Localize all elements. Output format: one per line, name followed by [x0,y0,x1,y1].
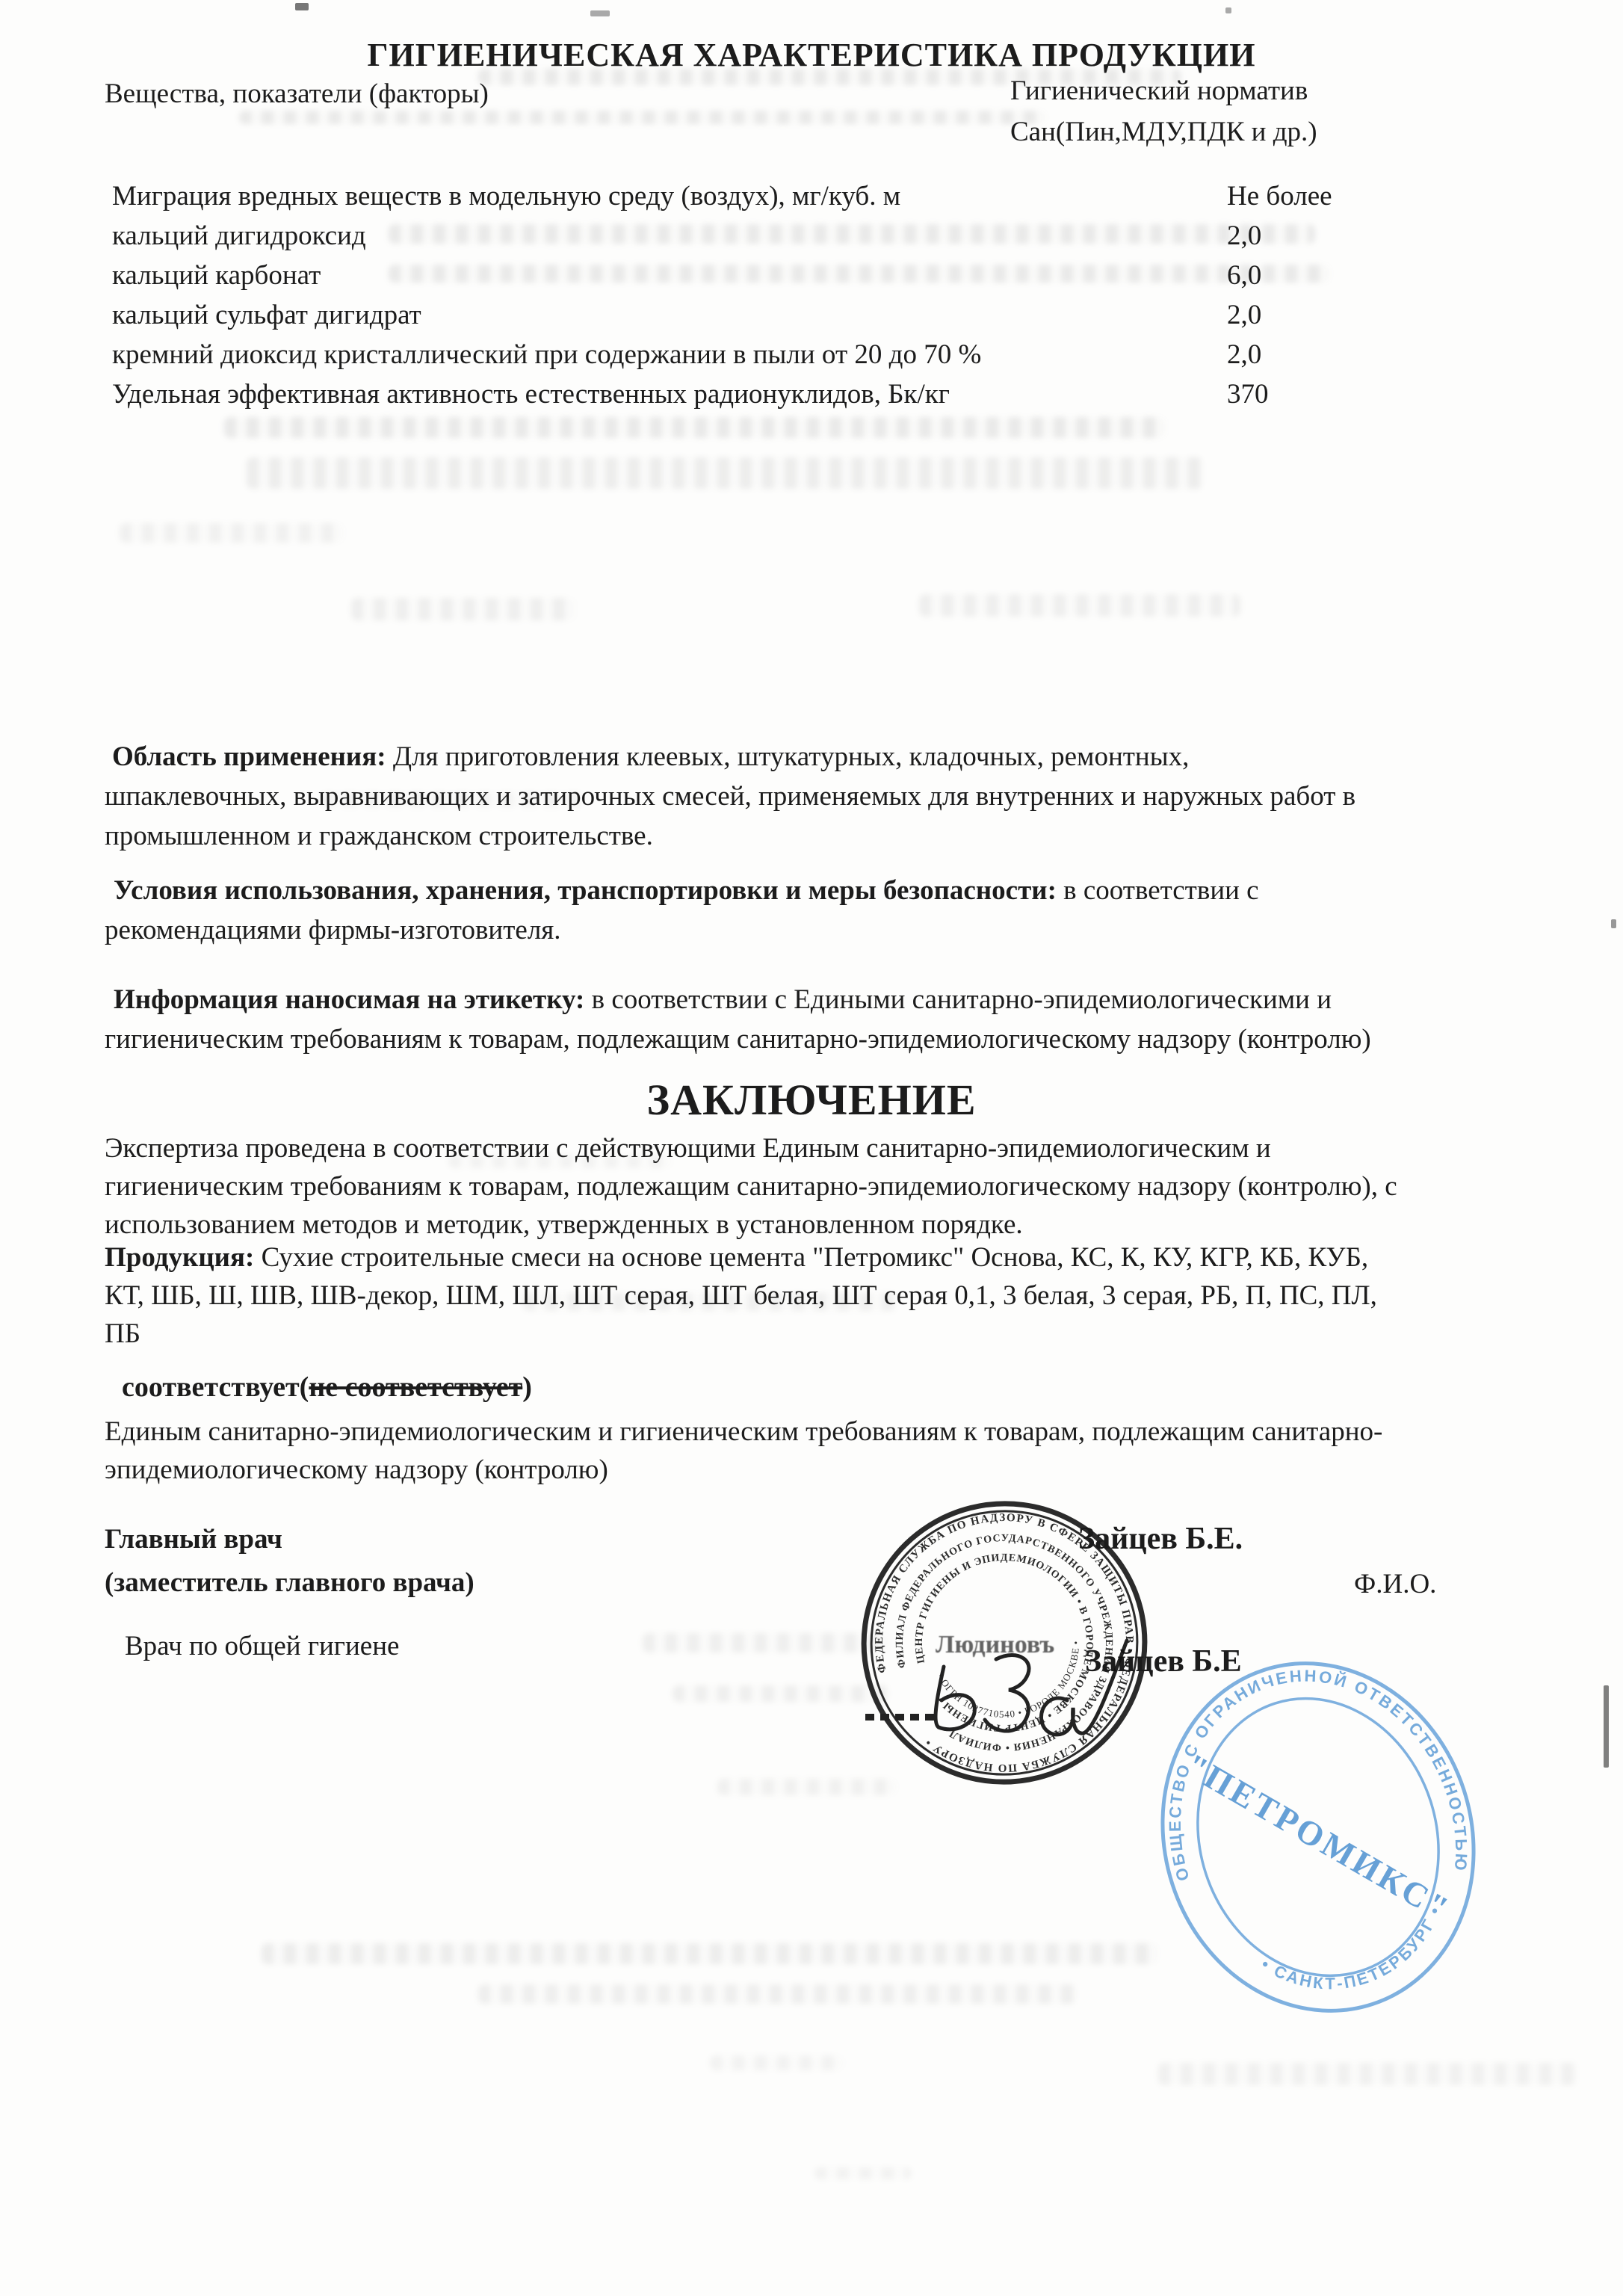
bleed-smudge [673,1685,889,1702]
bleed-smudge [389,224,1315,244]
section-application-line2: шпаклевочных, выравнивающих и затирочных… [105,782,1355,812]
bleed-smudge [919,594,1240,617]
table-cell-substance: кремний диоксид кристаллический при соде… [112,340,981,371]
struck-not-conforms: не соответствует [309,1371,522,1403]
table-cell-norm: 2,0 [1227,300,1261,331]
table-cell-substance: Удельная эффективная активность естестве… [112,380,950,410]
scanned-document-page: ГИГИЕНИЧЕСКАЯ ХАРАКТЕРИСТИКА ПРОДУКЦИИ В… [0,0,1623,2296]
section-application-label: Область применения: [112,741,386,772]
section-conditions-line1: Условия использования, хранения, транспо… [114,876,1259,907]
table-cell-substance: кальций карбонат [112,261,321,291]
hygiene-doctor-label: Врач по общей гигиене [125,1632,399,1662]
section-labelinfo-line1: Информация наносимая на этикетку: в соот… [114,985,1332,1016]
bleed-smudge [224,417,1166,438]
section-conditions-line2: рекомендациями фирмы-изготовителя. [105,916,561,946]
table-cell-norm: 6,0 [1227,261,1261,291]
product-line1: Продукция: Сухие строительные смеси на о… [105,1243,1368,1274]
section-application-line1: Область применения: Для приготовления кл… [112,742,1189,773]
product-line3: ПБ [105,1319,140,1350]
deputy-chief-label: (заместитель главного врача) [105,1568,474,1599]
bleed-smudge [262,1943,1158,1964]
bleed-smudge [120,523,344,543]
fio-label: Ф.И.О. [1354,1570,1436,1600]
section-application-line3: промышленном и гражданском строительстве… [105,821,653,852]
scan-edge-artifact [1604,1685,1609,1768]
black-round-stamp: ФЕДЕРАЛЬНАЯ СЛУЖБА ПО НАДЗОРУ В СФЕРЕ ЗА… [858,1499,1151,1787]
bleed-smudge [247,457,1203,489]
column-header-norm-line1: Гигиенический норматив [1010,76,1308,107]
table-cell-norm: 370 [1227,380,1269,410]
product-line2: КТ, ШБ, Ш, ШВ, ШВ-декор, ШМ, ШЛ, ШТ сера… [105,1281,1377,1312]
scan-speck [1611,919,1616,928]
bleed-smudge [814,2167,912,2179]
scan-speck [295,3,309,10]
conclusion-line1: Экспертиза проведена в соответствии с де… [105,1134,1271,1164]
bleed-smudge [478,1984,1076,2004]
blue-round-stamp: ОБЩЕСТВО С ОГРАНИЧЕННОЙ ОТВЕТСТВЕННОСТЬЮ… [1157,1653,1480,2021]
table-cell-norm: 2,0 [1227,340,1261,371]
conformity-statement: соответствует(не соответствует) [122,1372,532,1404]
conclusion-line3: использованием методов и методик, утверж… [105,1210,1023,1241]
blue-stamp-company-name: "ПЕТРОМИКС" [1179,1746,1457,1928]
bleed-smudge [643,1633,889,1652]
section-labelinfo-label: Информация наносимая на этикетку: [114,984,584,1015]
bleed-smudge [389,265,1330,283]
table-cell-substance: кальций дигидроксид [112,221,366,252]
conformity-line1: Единым санитарно-эпидемиологическим и ги… [105,1417,1382,1448]
bleed-smudge [710,2055,844,2070]
column-header-norm-line2: Сан(Пин,МДУ,ПДК и др.) [1010,117,1317,148]
conclusion-heading: ЗАКЛЮЧЕНИЕ [0,1075,1623,1125]
column-header-substances: Вещества, показатели (факторы) [105,79,489,110]
conformity-line2: эпидемиологическому надзору (контролю) [105,1455,608,1486]
table-cell-substance: кальций сульфат дигидрат [112,300,421,331]
section-labelinfo-line2: гигиеническим требованиям к товарам, под… [105,1025,1371,1055]
product-label: Продукция: [105,1242,254,1273]
dotted-line [865,1714,934,1721]
table-cell-substance: Миграция вредных веществ в модельную сре… [112,182,900,212]
bleed-smudge [1158,2063,1577,2085]
conclusion-line2: гигиеническим требованиям к товарам, под… [105,1172,1397,1203]
scan-speck [590,10,610,16]
chief-doctor-label: Главный врач [105,1525,282,1555]
bleed-smudge [351,598,575,620]
document-title: ГИГИЕНИЧЕСКАЯ ХАРАКТЕРИСТИКА ПРОДУКЦИИ [0,36,1623,74]
bleed-smudge [239,111,1046,124]
table-cell-norm: Не более [1227,182,1332,212]
section-conditions-label: Условия использования, хранения, транспо… [114,875,1057,906]
table-cell-norm: 2,0 [1227,221,1261,252]
scan-speck [1225,7,1231,13]
